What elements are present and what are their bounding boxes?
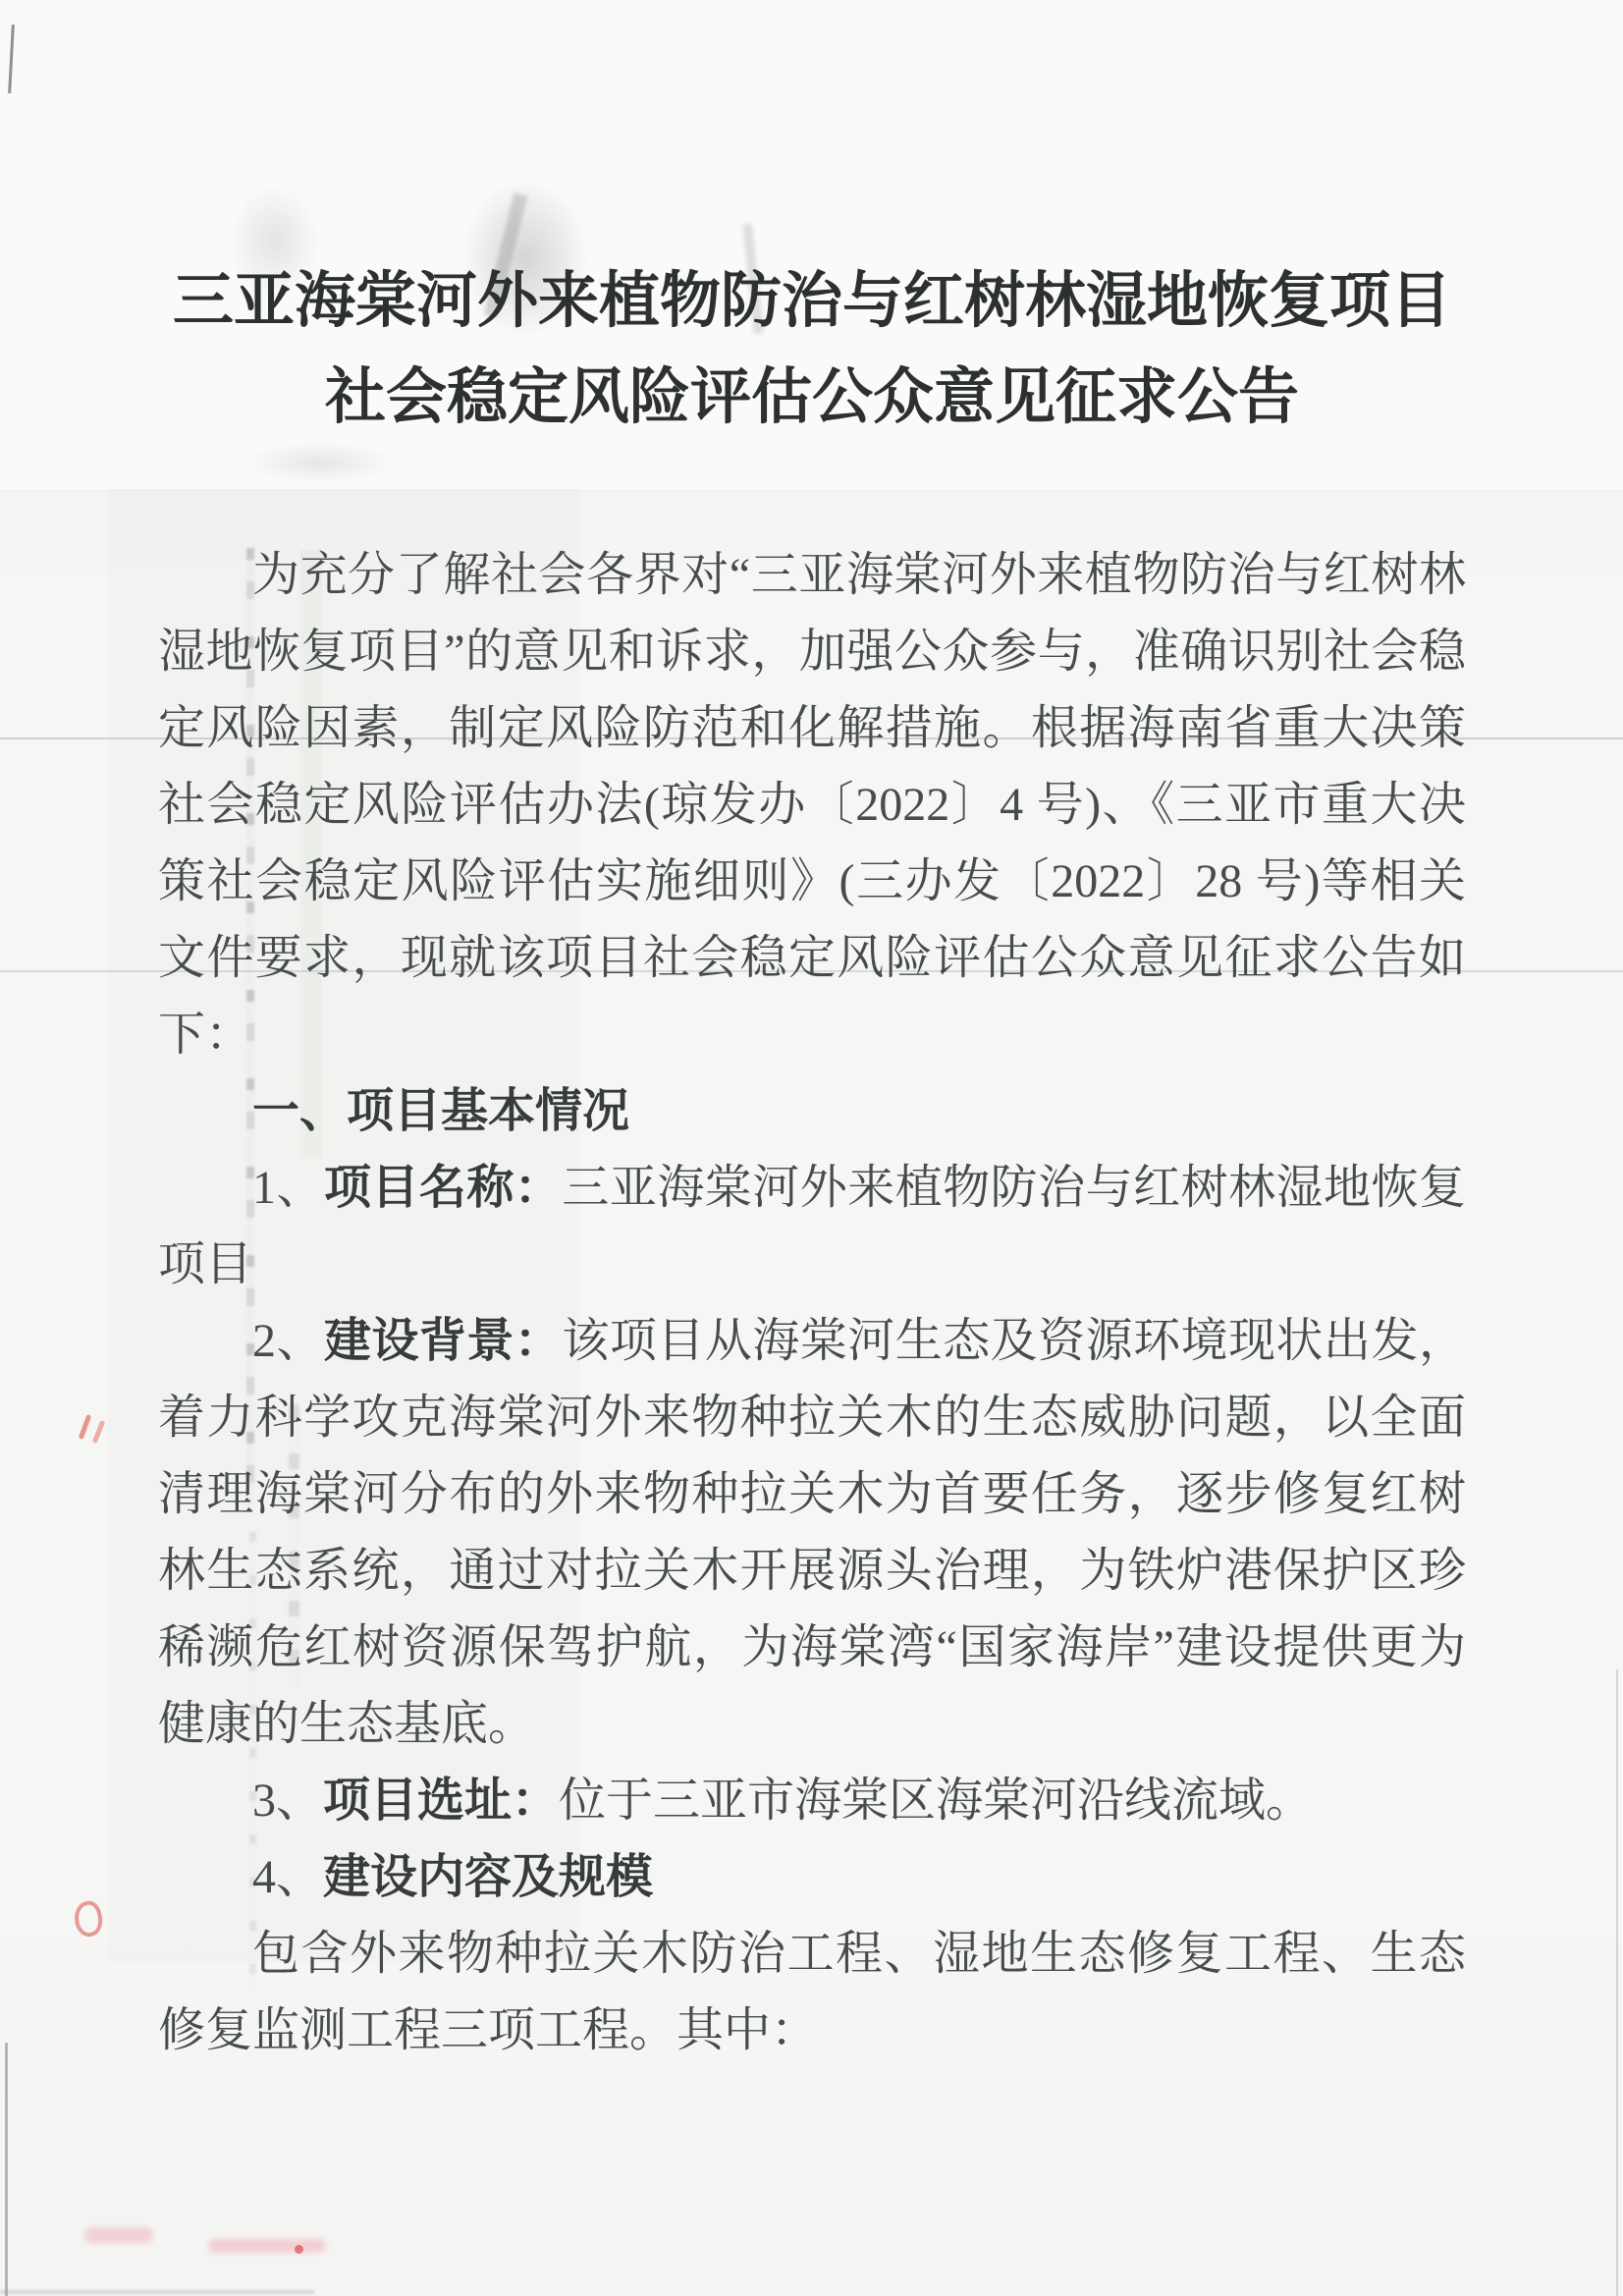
scan-edge-mark [5, 2043, 8, 2296]
intro-paragraph: 为充分了解社会各界对“三亚海棠河外来植物防治与红树林湿地恢复项目”的意见和诉求，… [158, 537, 1466, 1073]
item-project-site: 3、项目选址：位于三亚市海棠区海棠河沿线流域。 [158, 1763, 1466, 1839]
item-construction-scale: 4、建设内容及规模 [158, 1839, 1466, 1916]
scan-edge-mark [1616, 1669, 1618, 2296]
item-label: 建设背景： [324, 1315, 562, 1367]
item-label: 项目选址： [323, 1775, 559, 1827]
red-pen-mark [79, 1414, 92, 1440]
document-title-line1: 三亚海棠河外来植物防治与红树林湿地恢复项目 [158, 253, 1466, 350]
scanned-document-page: 三亚海棠河外来植物防治与红树林湿地恢复项目社会稳定风险评估公众意见征求公告 为充… [0, 0, 1623, 2296]
red-pen-mark [92, 1420, 106, 1444]
item-label: 建设内容及规模 [323, 1851, 653, 1903]
red-pen-mark [72, 1898, 106, 1939]
document-content: 三亚海棠河外来植物防治与红树林湿地恢复项目社会稳定风险评估公众意见征求公告 为充… [158, 0, 1466, 2069]
item-text: 该项目从海棠河生态及资源环境现状出发，着力科学攻克海棠河外来物种拉关木的生态威胁… [158, 1315, 1466, 1750]
scan-edge-mark [8, 25, 15, 93]
item-label: 项目名称： [324, 1162, 562, 1214]
item-number: 4、 [252, 1851, 323, 1903]
pink-ink-smear [208, 2239, 326, 2253]
scan-edge-mark [0, 2290, 314, 2294]
document-title-line2: 社会稳定风险评估公众意见征求公告 [158, 350, 1466, 446]
pink-ink-smear [84, 2227, 153, 2243]
red-pen-dot [295, 2245, 303, 2254]
document-body: 为充分了解社会各界对“三亚海棠河外来植物防治与红树林湿地恢复项目”的意见和诉求，… [158, 537, 1466, 2069]
scope-paragraph: 包含外来物种拉关木防治工程、湿地生态修复工程、生态修复监测工程三项工程。其中： [158, 1916, 1466, 2069]
document-title: 三亚海棠河外来植物防治与红树林湿地恢复项目社会稳定风险评估公众意见征求公告 [158, 253, 1466, 446]
item-construction-background: 2、建设背景：该项目从海棠河生态及资源环境现状出发，着力科学攻克海棠河外来物种拉… [158, 1303, 1466, 1763]
section-heading-basic-info: 一、项目基本情况 [158, 1073, 1466, 1150]
item-number: 2、 [252, 1315, 324, 1367]
item-number: 1、 [252, 1162, 324, 1214]
item-text: 位于三亚市海棠区海棠河沿线流域。 [559, 1775, 1313, 1827]
item-project-name: 1、项目名称：三亚海棠河外来植物防治与红树林湿地恢复项目 [158, 1150, 1466, 1303]
item-number: 3、 [252, 1775, 323, 1827]
